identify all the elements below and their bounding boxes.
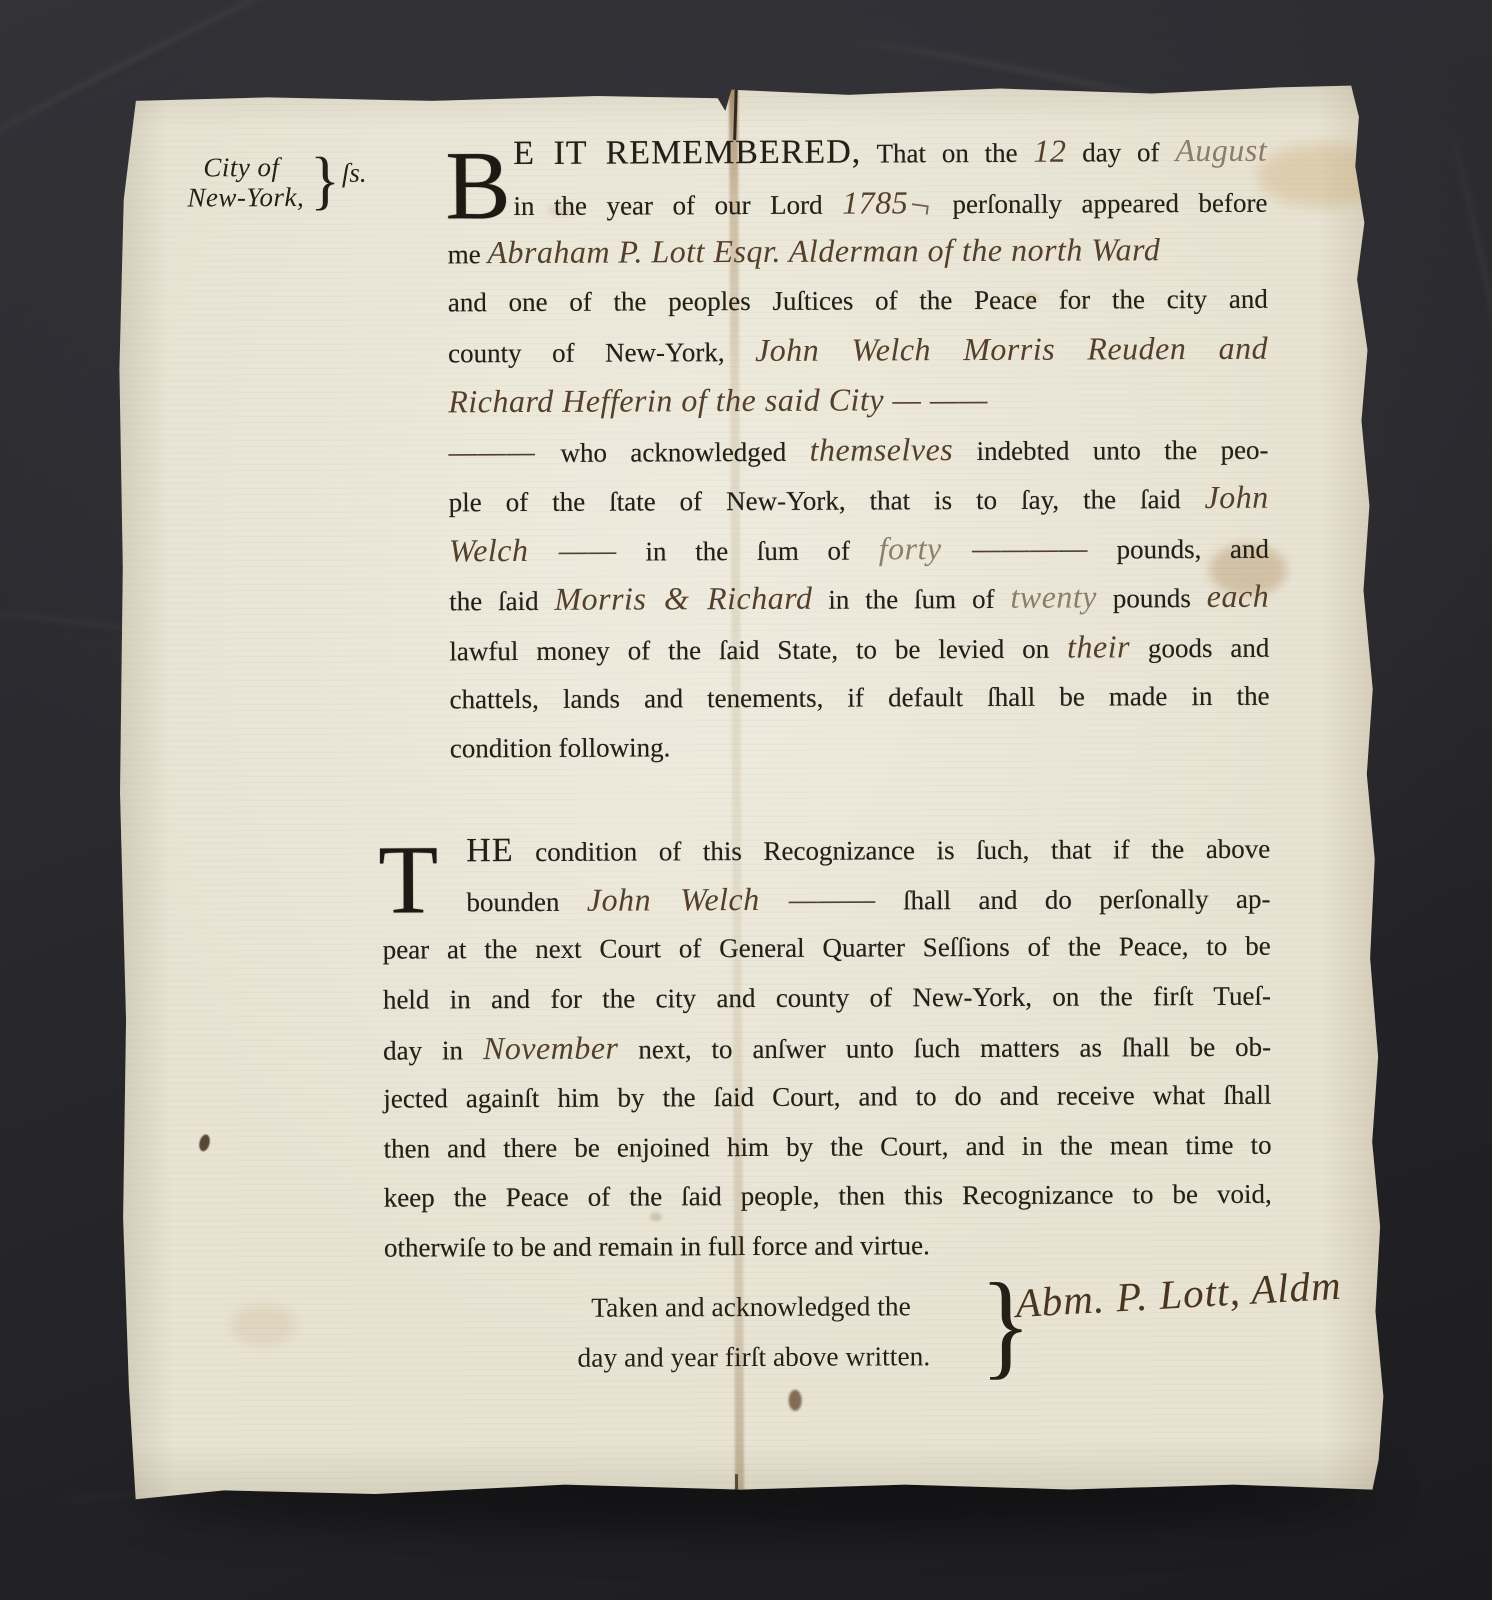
document-line: ——— who acknowledged themselves indebted… xyxy=(448,423,1268,476)
printed-text: in the ſum of xyxy=(617,535,879,566)
handwritten-text: ——— xyxy=(448,432,560,468)
handwritten-text: themselves xyxy=(810,431,954,468)
handwritten-text: forty xyxy=(879,530,942,566)
photo-background: City of New-York, } ſs. B E IT REMEMBERE… xyxy=(0,0,1492,1600)
handwritten-text: Richard Hefferin of the said City — —— xyxy=(448,381,988,419)
document-line: chattels, lands and tenements, if defaul… xyxy=(449,671,1269,724)
document-line: otherwiſe to be and remain in full force… xyxy=(384,1219,1272,1272)
handwritten-text: Welch —— xyxy=(449,531,617,568)
printed-text: in the year of our Lord xyxy=(513,189,842,220)
printed-text: who acknowledged xyxy=(560,436,809,467)
printed-text: held in and for the city and county of N… xyxy=(383,981,1271,1015)
printed-text: pear at the next Court of General Quarte… xyxy=(383,931,1271,965)
document-line: ple of the ſtate of New-York, that is to… xyxy=(449,473,1269,526)
document-line: Welch —— in the ſum of forty ———— pounds… xyxy=(449,522,1269,575)
handwritten-text: Abraham P. Lott Esqr. Alderman of the no… xyxy=(487,231,1160,270)
jurat-block: Taken and acknowledged the day and year … xyxy=(577,1279,1377,1382)
document-line: county of New-York, John Welch Morris Re… xyxy=(448,324,1268,377)
printed-text: E IT REMEMBERED, xyxy=(513,134,861,173)
printed-text: and one of the peoples Juſtices of the P… xyxy=(448,284,1268,318)
cloth-crease xyxy=(1449,136,1492,392)
document-line: keep the Peace of the ſaid people, then … xyxy=(384,1170,1272,1223)
venue-text: City of New-York, xyxy=(187,151,304,212)
handwritten-text: each xyxy=(1207,578,1270,614)
printed-text: condition following. xyxy=(450,732,671,763)
printed-text: goods and xyxy=(1130,633,1269,664)
printed-text: the ſaid xyxy=(449,586,554,616)
stain xyxy=(789,1390,802,1411)
handwritten-text: ¬ xyxy=(904,179,935,231)
printed-text: next, to anſwer unto ſuch matters as ſha… xyxy=(618,1032,1271,1065)
venue-brace: } xyxy=(310,144,340,219)
document-line: then and there be enjoined him by the Co… xyxy=(383,1120,1271,1173)
document-line: and one of the peoples Juſtices of the P… xyxy=(448,275,1268,328)
printed-text: keep the Peace of the ſaid people, then … xyxy=(384,1179,1272,1213)
handwritten-text: their xyxy=(1067,628,1130,664)
printed-text: ſhall and do perſonally ap- xyxy=(876,883,1271,915)
handwritten-text: ———— xyxy=(942,529,1088,566)
printed-text: That on the xyxy=(861,138,1033,169)
printed-text: county of New-York, xyxy=(448,337,755,368)
document-line: held in and for the city and county of N… xyxy=(383,972,1271,1025)
venue-ss-mark: ſs. xyxy=(342,158,367,189)
stain xyxy=(198,1133,212,1152)
printed-text: day of xyxy=(1066,137,1175,167)
printed-text: HE xyxy=(466,832,513,869)
document-line: pear at the next Court of General Quarte… xyxy=(383,922,1271,975)
printed-text: pounds, and xyxy=(1088,533,1269,564)
venue-line-2: New-York, xyxy=(187,181,304,212)
stain xyxy=(1257,143,1387,208)
printed-text: perſonally appeared before xyxy=(933,187,1268,218)
handwritten-text: twenty xyxy=(1010,579,1097,615)
printed-text: day in xyxy=(383,1036,483,1066)
document-line: me Abraham P. Lott Esqr. Alderman of the… xyxy=(448,225,1268,278)
printed-text: bounden xyxy=(466,886,587,917)
document-line: bounden John Welch ——— ſhall and do perſ… xyxy=(382,872,1270,925)
document-line: day in November next, to anſwer unto ſuc… xyxy=(383,1021,1271,1074)
printed-text: pounds xyxy=(1097,583,1207,613)
venue-block: City of New-York, } ſs. xyxy=(187,146,367,218)
handwritten-text: 12 xyxy=(1033,133,1066,169)
handwritten-text: November xyxy=(483,1030,619,1067)
document-line: E IT REMEMBERED, That on the 12 day of A… xyxy=(447,126,1267,179)
handwritten-text: John xyxy=(1204,479,1268,515)
document-line: jected againſt him by the ſaid Court, an… xyxy=(383,1071,1271,1124)
printed-text: condition of this Recognizance is ſuch, … xyxy=(514,834,1271,867)
document-paper: City of New-York, } ſs. B E IT REMEMBERE… xyxy=(117,81,1385,1500)
printed-text: otherwiſe to be and remain in full force… xyxy=(384,1230,930,1262)
handwritten-text: Morris & Richard xyxy=(554,580,812,617)
printed-text: me xyxy=(448,239,488,269)
printed-text: then and there be enjoined him by the Co… xyxy=(383,1129,1271,1163)
document-line: HE condition of this Recognizance is ſuc… xyxy=(382,823,1270,876)
paragraph-2-lines: HE condition of this Recognizance is ſuc… xyxy=(382,823,1272,1273)
document-line: in the year of our Lord 1785¬ perſonally… xyxy=(447,175,1267,228)
venue-line-1: City of xyxy=(187,151,304,182)
printed-text: jected againſt him by the ſaid Court, an… xyxy=(383,1080,1271,1114)
paragraph-1-lines: E IT REMEMBERED, That on the 12 day of A… xyxy=(447,126,1270,774)
document-line: the ſaid Morris & Richard in the ſum of … xyxy=(449,572,1269,625)
handwritten-text: 1785 xyxy=(842,184,908,220)
printed-text: ple of the ſtate of New-York, that is to… xyxy=(449,484,1205,517)
handwritten-text: John Welch ——— xyxy=(587,880,876,917)
document-line: condition following. xyxy=(450,721,1270,774)
printed-text: in the ſum of xyxy=(812,584,1010,615)
jurat-line-2: day and year firſt above written. xyxy=(577,1329,1377,1382)
document-line: lawful money of the ſaid State, to be le… xyxy=(449,622,1269,675)
stain xyxy=(230,1304,296,1346)
handwritten-text: August xyxy=(1175,132,1267,168)
document-line: Richard Hefferin of the said City — —— xyxy=(448,374,1268,427)
printed-text: lawful money of the ſaid State, to be le… xyxy=(449,634,1067,667)
printed-text: indebted unto the peo- xyxy=(953,434,1268,465)
printed-text: chattels, lands and tenements, if defaul… xyxy=(450,680,1270,714)
handwritten-text: John Welch Morris Reuden and xyxy=(755,330,1268,368)
